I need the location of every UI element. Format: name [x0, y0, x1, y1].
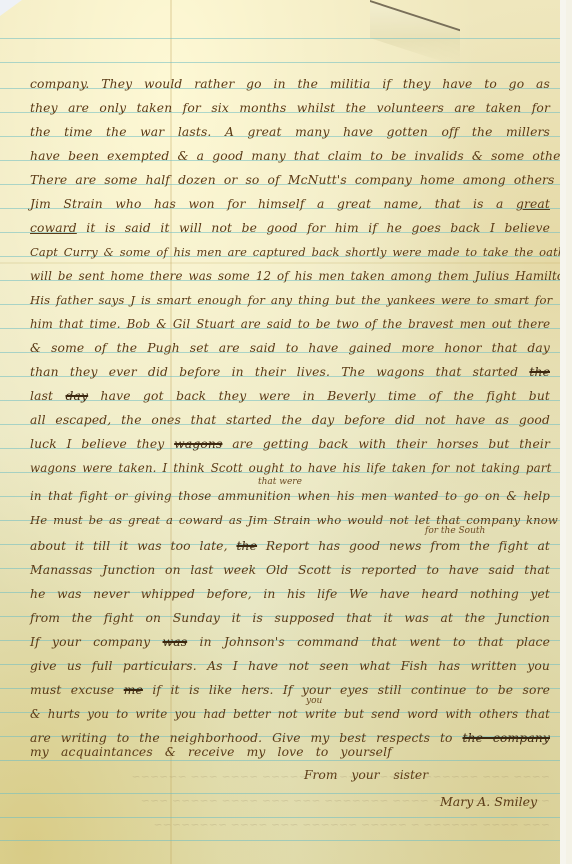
- struck-word: day: [66, 389, 89, 403]
- struck-word: the company: [462, 731, 550, 745]
- insertion-for-the-south: for the South: [425, 526, 485, 536]
- letter-line-5: There are some half dozen or so of McNut…: [30, 172, 550, 188]
- letter-line-23: from the fight on Sunday it is supposed …: [30, 610, 550, 626]
- letter-line-26: must excuse me if it is like hers. If yo…: [30, 682, 550, 698]
- letter-line-3: the time the war lasts. A great many hav…: [30, 124, 550, 140]
- line-text: are getting back with their horses but t…: [232, 437, 550, 451]
- letter-line-14: last day have got back they were in Beve…: [30, 388, 550, 404]
- line-text: Report has good news from the fight at: [266, 539, 550, 553]
- letter-line-21: Manassas Junction on last week Old Scott…: [30, 562, 550, 578]
- letter-line-8: Capt Curry & some of his men are capture…: [30, 244, 550, 260]
- letter-page: ~~~~ ~~~ ~~~~~~ ~~ ~~~~ ~~~ ~~~~~~~ ~~~~…: [0, 0, 566, 864]
- struck-word: the: [529, 365, 550, 379]
- insertion-you: you: [306, 696, 322, 706]
- struck-word: the: [236, 539, 257, 553]
- letter-line-6: Jim Strain who has won for himself a gre…: [30, 196, 550, 212]
- line-text: are writing to the neighborhood. Give my…: [30, 731, 453, 745]
- letter-line-15: all escaped, the ones that started the d…: [30, 412, 550, 428]
- struck-word: wagons: [174, 437, 222, 451]
- line-text: in Johnson's command that went to that p…: [200, 635, 551, 649]
- letter-line-24: If your company was in Johnson's command…: [30, 634, 550, 650]
- line-text: have got back they were in Beverly time …: [101, 389, 550, 403]
- letter-line-27: & hurts you to write you had better not …: [30, 706, 550, 722]
- line-text: if it is like hers. If your eyes still c…: [152, 683, 550, 697]
- line-text: If your company: [30, 635, 150, 649]
- struck-word: me: [124, 683, 143, 697]
- letter-line-16: luck I believe they wagons are getting b…: [30, 436, 550, 452]
- letter-line-2: they are only taken for six months whils…: [30, 100, 550, 116]
- underlined-word: coward: [30, 221, 77, 235]
- letter-line-12: & some of the Pugh set are said to have …: [30, 340, 550, 356]
- letter-line-29: my acquaintances & receive my love to yo…: [30, 744, 392, 760]
- closing-from-your-sister: From your sister: [304, 768, 428, 782]
- letter-body: company. They would rather go in the mil…: [0, 0, 566, 864]
- signature: Mary A. Smiley: [440, 794, 537, 809]
- underlined-word: great: [516, 197, 550, 211]
- letter-line-9: will be sent home there was some 12 of h…: [30, 268, 550, 284]
- letter-line-10: His father says J is smart enough for an…: [30, 292, 550, 308]
- line-text: than they ever did before in their lives…: [30, 365, 518, 379]
- letter-line-17: wagons were taken. I think Scott ought t…: [30, 460, 550, 476]
- struck-word: was: [163, 635, 188, 649]
- letter-line-11: him that time. Bob & Gil Stuart are said…: [30, 316, 550, 332]
- line-text: it is said it will not be good for him i…: [86, 221, 550, 235]
- letter-line-25: give us full particulars. As I have not …: [30, 658, 550, 674]
- letter-line-4: have been exempted & a good many that cl…: [30, 148, 550, 164]
- line-text: Jim Strain who has won for himself a gre…: [30, 197, 503, 211]
- letter-line-22: he was never whipped before, in his life…: [30, 586, 550, 602]
- line-text: about it till it was too late,: [30, 539, 228, 553]
- letter-line-20: about it till it was too late, the Repor…: [30, 538, 550, 554]
- line-text: last: [30, 389, 53, 403]
- letter-line-18: in that fight or giving those ammunition…: [30, 488, 550, 504]
- page-edge: [560, 0, 566, 864]
- line-text: must excuse: [30, 683, 114, 697]
- letter-line-7: coward it is said it will not be good fo…: [30, 220, 550, 236]
- letter-line-13: than they ever did before in their lives…: [30, 364, 550, 380]
- letter-line-1: company. They would rather go in the mil…: [30, 76, 550, 92]
- insertion-that-were: that were: [258, 477, 302, 487]
- line-text: luck I believe they: [30, 437, 164, 451]
